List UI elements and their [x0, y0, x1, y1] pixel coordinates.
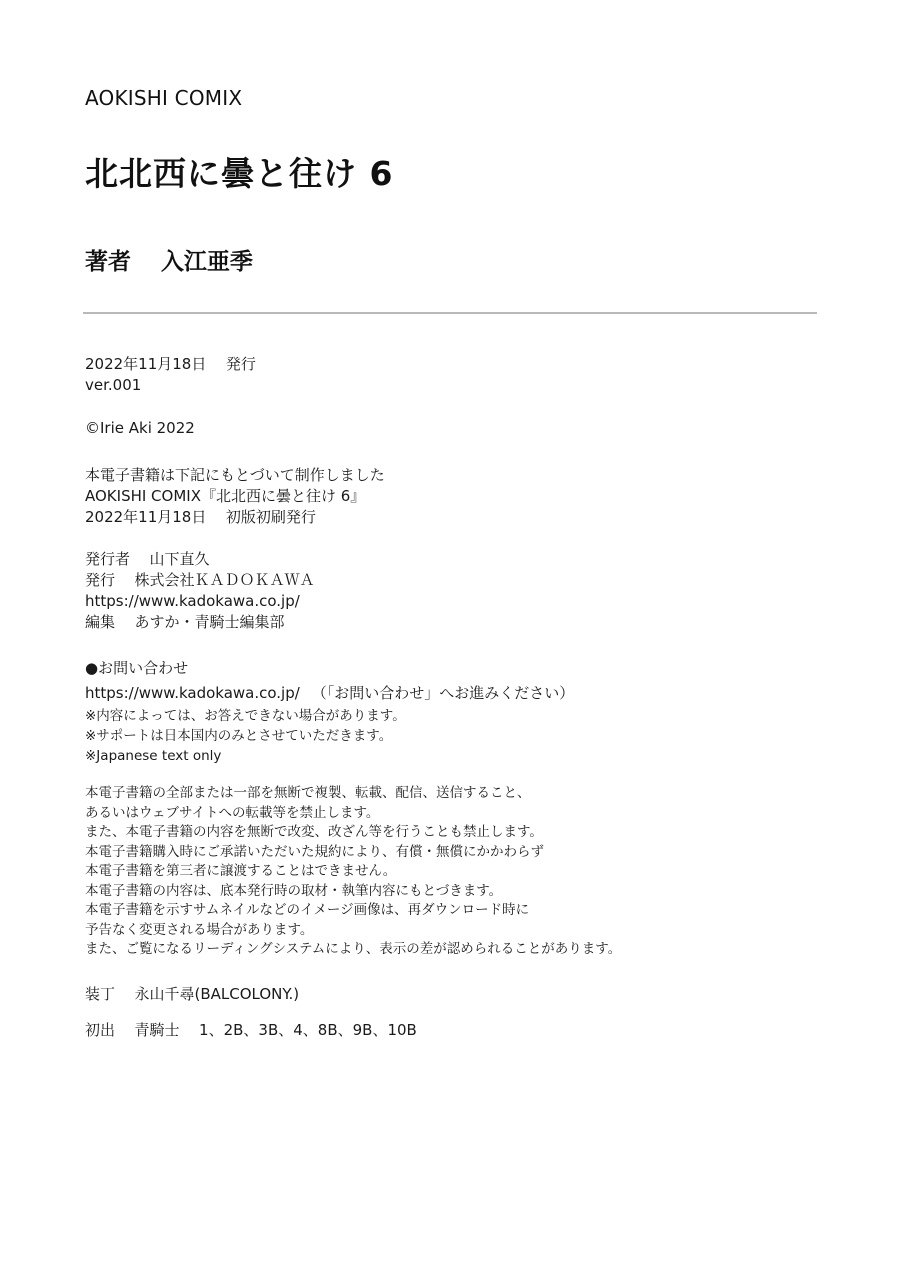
first-publication: 初出青騎士1、2B、3B、4、8B、9B、10B [85, 1020, 417, 1041]
source-date: 2022年11月18日 [85, 508, 206, 526]
source-date-line: 2022年11月18日初版初刷発行 [85, 507, 385, 528]
legal-line: あるいはウェブサイトへの転載等を禁止します。 [85, 804, 621, 824]
publisher-person-label: 発行者 [85, 550, 130, 568]
first-publication-label: 初出 [85, 1021, 115, 1039]
editor-line: 編集あすか・青騎士編集部 [85, 612, 315, 633]
release-date: 2022年11月18日 [85, 355, 206, 373]
copyright-block: ©Irie Aki 2022 [85, 418, 195, 439]
imprint-label: AOKISHI COMIX [85, 86, 242, 110]
design-label: 装丁 [85, 985, 115, 1003]
legal-line: 本電子書籍を第三者に譲渡することはできません。 [85, 862, 621, 882]
release-block: 2022年11月18日発行 ver.001 [85, 354, 256, 396]
contact-block: ●お問い合わせ https://www.kadokawa.co.jp/（「お問い… [85, 656, 574, 706]
release-date-line: 2022年11月18日発行 [85, 354, 256, 375]
design-line: 装丁永山千尋(BALCOLONY.) [85, 984, 299, 1005]
source-edition-block: 本電子書籍は下記にもとづいて制作しました AOKISHI COMIX『北北西に曇… [85, 465, 385, 528]
legal-notice: 本電子書籍の全部または一部を無断で複製、転載、配信、送信すること、 あるいはウェ… [85, 784, 621, 960]
contact-note: ※内容によっては、お答えできない場合があります。 [85, 706, 406, 726]
source-note: 本電子書籍は下記にもとづいて制作しました [85, 465, 385, 486]
first-publication-chapters: 1、2B、3B、4、8B、9B、10B [199, 1021, 417, 1039]
design-value: 永山千尋(BALCOLONY.) [135, 985, 300, 1003]
author-role: 著者 [85, 249, 131, 275]
legal-line: 予告なく変更される場合があります。 [85, 921, 621, 941]
editor-label: 編集 [85, 613, 115, 631]
author-name: 入江亜季 [161, 249, 253, 275]
first-publication-magazine: 青騎士 [135, 1021, 180, 1039]
publisher-person: 山下直久 [150, 550, 210, 568]
publisher-line: 発行株式会社ＫＡＤＯＫＡＷＡ [85, 570, 315, 591]
contact-heading: ●お問い合わせ [85, 656, 574, 680]
legal-line: また、ご覧になるリーディングシステムにより、表示の差が認められることがあります。 [85, 940, 621, 960]
first-publication-line: 初出青騎士1、2B、3B、4、8B、9B、10B [85, 1020, 417, 1041]
version: ver.001 [85, 375, 256, 396]
publisher-name: 株式会社ＫＡＤＯＫＡＷＡ [135, 571, 315, 589]
contact-note: ※サポートは日本国内のみとさせていただきます。 [85, 726, 406, 746]
legal-line: また、本電子書籍の内容を無断で改変、改ざん等を行うことも禁止します。 [85, 823, 621, 843]
contact-instruction: （「お問い合わせ」へお進みください） [312, 684, 575, 702]
publisher-person-line: 発行者山下直久 [85, 549, 315, 570]
contact-note: ※Japanese text only [85, 746, 406, 766]
contact-notes: ※内容によっては、お答えできない場合があります。 ※サポートは日本国内のみとさせ… [85, 706, 406, 766]
publisher-url-line: https://www.kadokawa.co.jp/ [85, 591, 315, 612]
publisher-url-link[interactable]: https://www.kadokawa.co.jp/ [85, 592, 300, 610]
copyright: ©Irie Aki 2022 [85, 418, 195, 439]
publisher-label: 発行 [85, 571, 115, 589]
legal-line: 本電子書籍を示すサムネイルなどのイメージ画像は、再ダウンロード時に [85, 901, 621, 921]
book-title: 北北西に曇と往け 6 [85, 148, 393, 195]
legal-line: 本電子書籍の内容は、底本発行時の取材・執筆内容にもとづきます。 [85, 882, 621, 902]
release-status: 発行 [226, 355, 256, 373]
divider [83, 312, 817, 314]
legal-line: 本電子書籍の全部または一部を無断で複製、転載、配信、送信すること、 [85, 784, 621, 804]
publisher-block: 発行者山下直久 発行株式会社ＫＡＤＯＫＡＷＡ https://www.kadok… [85, 549, 315, 633]
design-credit: 装丁永山千尋(BALCOLONY.) [85, 984, 299, 1005]
colophon-page: AOKISHI COMIX 北北西に曇と往け 6 著者入江亜季 2022年11月… [0, 0, 900, 1280]
editor-name: あすか・青騎士編集部 [135, 613, 285, 631]
author-line: 著者入江亜季 [85, 243, 253, 276]
contact-url-line: https://www.kadokawa.co.jp/（「お問い合わせ」へお進み… [85, 680, 574, 706]
contact-url-link[interactable]: https://www.kadokawa.co.jp/ [85, 684, 300, 702]
legal-line: 本電子書籍購入時にご承諾いただいた規約により、有償・無償にかかわらず [85, 843, 621, 863]
source-edition: 初版初刷発行 [226, 508, 316, 526]
source-book: AOKISHI COMIX『北北西に曇と往け 6』 [85, 486, 385, 507]
